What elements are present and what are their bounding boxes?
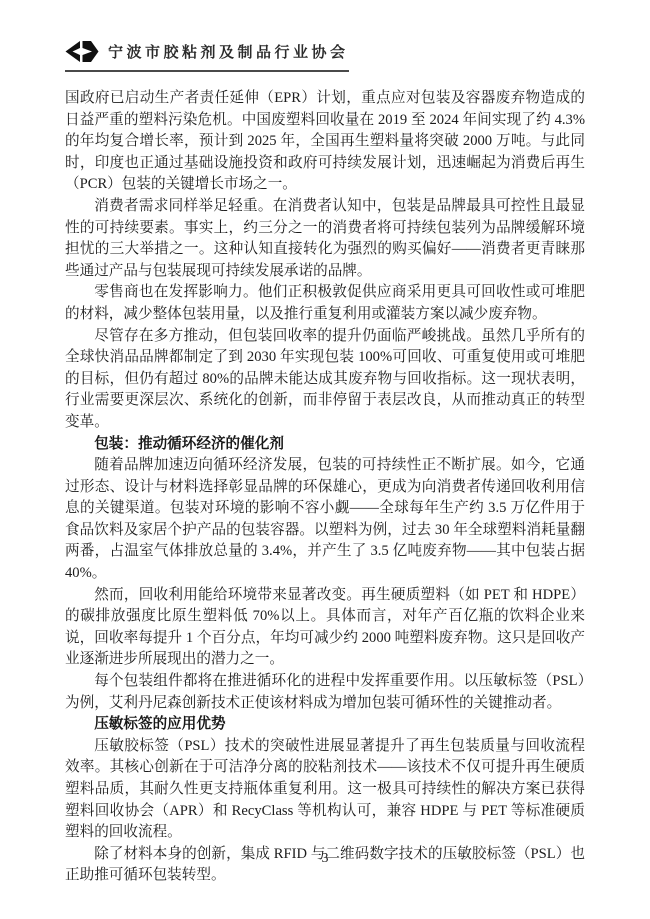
document-body: 国政府已启动生产者责任延伸（EPR）计划，重点应对包装及容器废弃物造成的日益严重… [65, 88, 585, 887]
paragraph-retailers: 零售商也在发挥影响力。他们正积极敦促供应商采用更具可回收性或可堆肥的材料，减少整… [65, 282, 585, 325]
paragraph-recycling-challenges: 尽管存在多方推动，但包装回收率的提升仍面临严峻挑战。虽然几乎所有的全球快消品品牌… [65, 326, 585, 434]
paragraph-packaging-sustainability: 随着品牌加速迈向循环经济发展，包装的可持续性正不断扩展。如今，它通过形态、设计与… [65, 455, 585, 585]
page-number: 3 [0, 851, 650, 867]
section-heading-circular-economy: 包装：推动循环经济的催化剂 [65, 434, 585, 456]
association-diamond-arrows-logo-icon [65, 40, 99, 63]
section-heading-psl-advantages: 压敏标签的应用优势 [65, 714, 585, 736]
paragraph-recycling-benefits: 然而，回收利用能给环境带来显著改变。再生硬质塑料（如 PET 和 HDPE）的碳… [65, 585, 585, 671]
paragraph-psl-technology: 压敏胶标签（PSL）技术的突破性进展显著提升了再生包装质量与回收流程效率。其核心… [65, 736, 585, 844]
organization-title: 宁波市胶粘剂及制品行业协会 [108, 41, 349, 62]
page-header: 宁波市胶粘剂及制品行业协会 [65, 40, 349, 72]
paragraph-consumer-demand: 消费者需求同样举足轻重。在消费者认知中，包装是品牌最具可控性且最显性的可持续要素… [65, 196, 585, 282]
paragraph-epr-plans: 国政府已启动生产者责任延伸（EPR）计划，重点应对包装及容器废弃物造成的日益严重… [65, 88, 585, 196]
document-page: 宁波市胶粘剂及制品行业协会 国政府已启动生产者责任延伸（EPR）计划，重点应对包… [0, 0, 650, 919]
paragraph-psl-role: 每个包装组件都将在推进循环化的进程中发挥重要作用。以压敏标签（PSL）为例，艾利… [65, 671, 585, 714]
